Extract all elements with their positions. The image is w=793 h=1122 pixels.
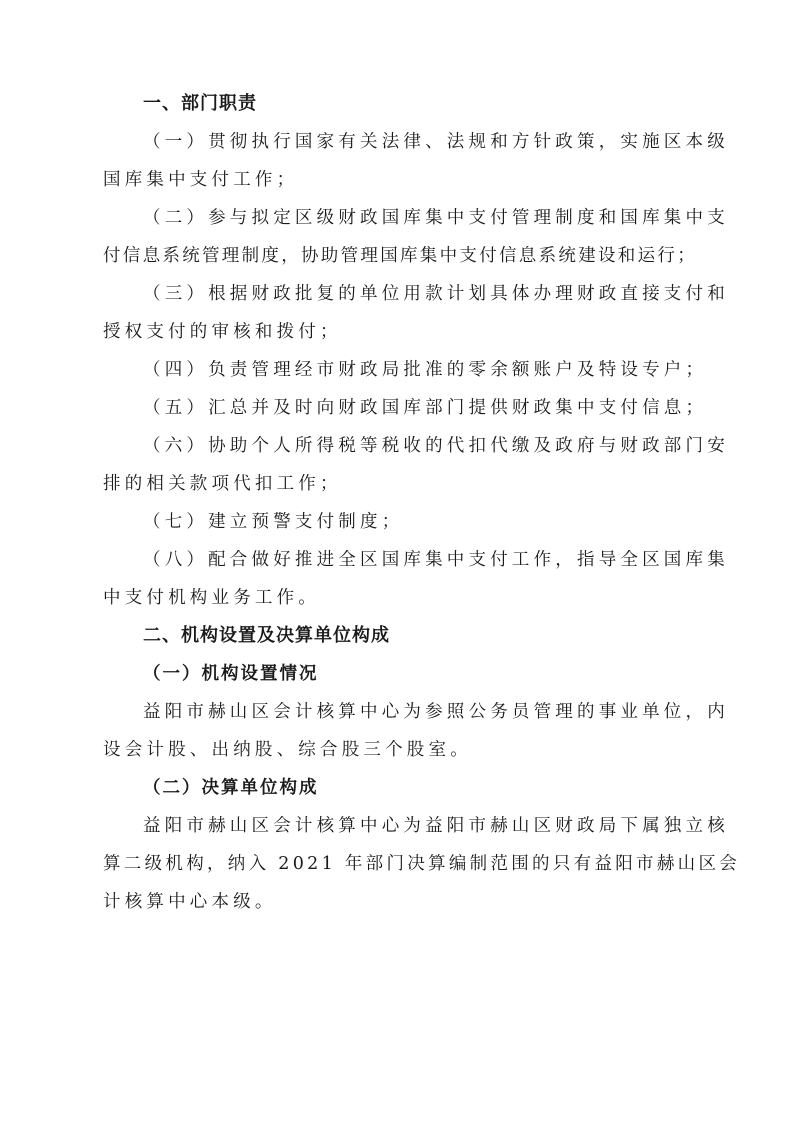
budget-units-line3: 计核算中心本级。: [103, 890, 277, 914]
section-heading-structure: 二、机构设置及决算单位构成: [143, 624, 390, 648]
duty-item-1-line1: （一）贯彻执行国家有关法律、法规和方针政策，实施区本级: [143, 130, 729, 154]
subsection-heading-org-setup: （一）机构设置情况: [143, 662, 319, 686]
duty-item-2-line2: 付信息系统管理制度，协助管理国库集中支付信息系统建设和运行；: [103, 244, 697, 268]
duty-item-3-line1: （三）根据财政批复的单位用款计划具体办理财政直接支付和: [143, 282, 729, 306]
org-setup-line2: 设会计股、出纳股、综合股三个股室。: [103, 738, 472, 762]
duty-item-3-line2: 授权支付的审核和拨付；: [103, 320, 342, 344]
budget-units-line2: 算二级机构，纳入 2021 年部门决算编制范围的只有益阳市赫山区会: [103, 852, 740, 876]
subsection-heading-budget-units: （二）决算单位构成: [143, 776, 319, 800]
budget-units-line1: 益阳市赫山区会计核算中心为益阳市赫山区财政局下属独立核: [143, 814, 729, 838]
duty-item-7: （七）建立预警支付制度；: [143, 510, 403, 534]
section-heading-duties: 一、部门职责: [143, 92, 257, 116]
duty-item-2-line1: （二）参与拟定区级财政国库集中支付管理制度和国库集中支: [143, 206, 729, 230]
duty-item-5: （五）汇总并及时向财政国库部门提供财政集中支付信息；: [143, 396, 707, 420]
duty-item-6-line1: （六）协助个人所得税等税收的代扣代缴及政府与财政部门安: [143, 434, 729, 458]
duty-item-1-line2: 国库集中支付工作；: [103, 168, 298, 192]
duty-item-8-line2: 中支付机构业务工作。: [103, 586, 320, 610]
duty-item-4: （四）负责管理经市财政局批准的零余额账户及特设专户；: [143, 358, 707, 382]
org-setup-line1: 益阳市赫山区会计核算中心为参照公务员管理的事业单位，内: [143, 700, 729, 724]
duty-item-6-line2: 排的相关款项代扣工作；: [103, 472, 342, 496]
duty-item-8-line1: （八）配合做好推进全区国库集中支付工作，指导全区国库集: [143, 548, 729, 572]
